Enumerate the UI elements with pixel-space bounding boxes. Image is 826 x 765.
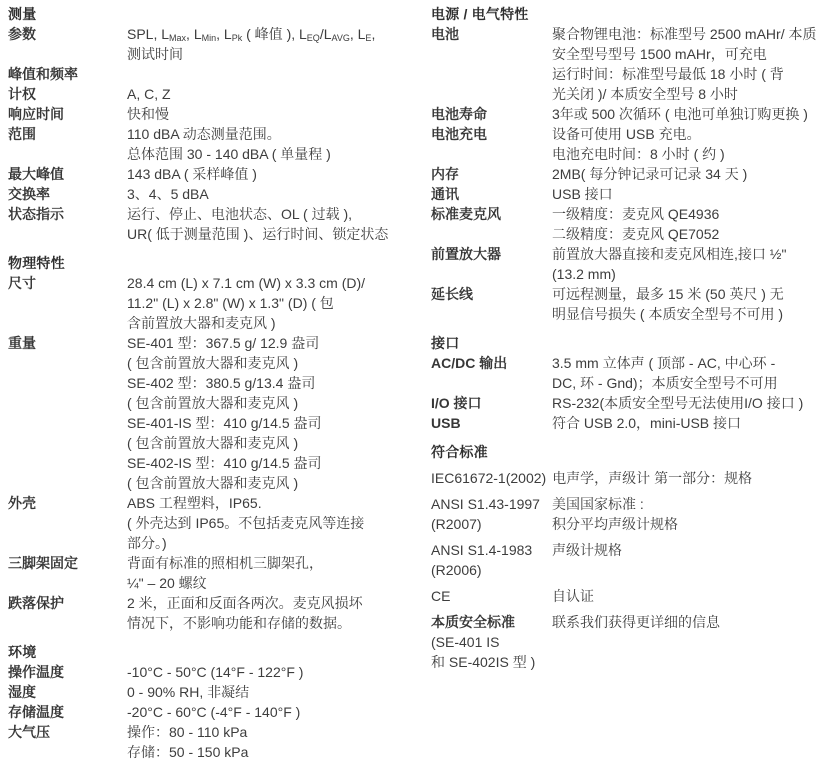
- spec-section: 接口AC/DC 输出3.5 mm 立体声 ( 顶部 - AC, 中心环 -DC,…: [431, 333, 823, 433]
- subscript: AVG: [332, 33, 350, 43]
- label-line: 峰值和频率: [8, 64, 121, 84]
- row-label: 电池寿命: [431, 104, 552, 124]
- row-label: 内存: [431, 164, 552, 184]
- value-line: 光关闭 )/ 本质安全型号 8 小时: [552, 84, 823, 104]
- label-line: 操作温度: [8, 662, 121, 682]
- spec-row: 内存2MB( 每分钟记录可记录 34 天 ): [431, 164, 823, 184]
- row-value: 自认证: [552, 586, 823, 606]
- value-line: 二级精度：麦克风 QE7052: [552, 224, 823, 244]
- subscript: E: [365, 33, 371, 43]
- row-value: 前置放大器直接和麦克风相连,接口 ½"(13.2 mm): [552, 244, 823, 284]
- row-label: 延长线: [431, 284, 552, 304]
- row-label: I/O 接口: [431, 393, 552, 413]
- value-line: 联系我们获得更详细的信息: [552, 612, 823, 632]
- spec-row: 前置放大器前置放大器直接和麦克风相连,接口 ½"(13.2 mm): [431, 244, 823, 284]
- spec-row: 参数SPL, LMax, LMin, LPk ( 峰值 ), LEQ/LAVG,…: [8, 24, 423, 64]
- label-line: 大气压: [8, 722, 121, 742]
- section-title: 接口: [431, 333, 823, 353]
- row-value: -20°C - 60°C (-4°F - 140°F ): [127, 702, 423, 722]
- spec-row: 响应时间快和慢: [8, 104, 423, 124]
- row-label: 大气压: [8, 722, 127, 742]
- value-line: A, C, Z: [127, 84, 423, 104]
- spec-row: IEC61672-1(2002)电声学，声级计 第一部分：规格: [431, 468, 823, 488]
- value-line: 3、4、5 dBA: [127, 184, 423, 204]
- value-line: 符合 USB 2.0，mini-USB 接口: [552, 413, 823, 433]
- spec-row: USB符合 USB 2.0，mini-USB 接口: [431, 413, 823, 433]
- value-line: 运行时间：标准型号最低 18 小时 ( 背: [552, 64, 823, 84]
- row-value: 28.4 cm (L) x 7.1 cm (W) x 3.3 cm (D)/11…: [127, 273, 423, 333]
- label-line: (R2007): [431, 514, 546, 534]
- spec-row: 计权A, C, Z: [8, 84, 423, 104]
- row-value: 设备可使用 USB 充电。电池充电时间：8 小时 ( 约 ): [552, 124, 823, 164]
- label-line: 通讯: [431, 184, 546, 204]
- label-line: 标准麦克风: [431, 204, 546, 224]
- label-line: CE: [431, 586, 546, 606]
- value-line: ( 包含前置放大器和麦克风 ): [127, 433, 423, 453]
- row-value: 操作：80 - 110 kPa存储：50 - 150 kPa: [127, 722, 423, 762]
- label-line: 最大峰值: [8, 164, 121, 184]
- value-line: SPL, LMax, LMin, LPk ( 峰值 ), LEQ/LAVG, L…: [127, 24, 423, 44]
- label-line: (R2006): [431, 560, 546, 580]
- value-line: 143 dBA ( 采样峰值 ): [127, 164, 423, 184]
- row-label: 前置放大器: [431, 244, 552, 264]
- row-label: 外壳: [8, 493, 127, 513]
- value-line: ABS 工程塑料，IP65.: [127, 493, 423, 513]
- row-value: RS-232(本质安全型号无法使用I/O 接口 ): [552, 393, 823, 413]
- value-line: -10°C - 50°C (14°F - 122°F ): [127, 662, 423, 682]
- row-value: SPL, LMax, LMin, LPk ( 峰值 ), LEQ/LAVG, L…: [127, 24, 423, 64]
- value-line: 设备可使用 USB 充电。: [552, 124, 823, 144]
- spec-section: 符合标准IEC61672-1(2002)电声学，声级计 第一部分：规格ANSI …: [431, 442, 823, 672]
- row-value: 110 dBA 动态测量范围。总体范围 30 - 140 dBA ( 单量程 ): [127, 124, 423, 164]
- value-line: 自认证: [552, 586, 823, 606]
- value-line: 测试时间: [127, 44, 423, 64]
- row-label: 重量: [8, 333, 127, 353]
- row-value: USB 接口: [552, 184, 823, 204]
- value-line: 2 米，正面和反面各两次。麦克风损坏: [127, 593, 423, 613]
- value-line: 一级精度：麦克风 QE4936: [552, 204, 823, 224]
- spec-row: AC/DC 输出3.5 mm 立体声 ( 顶部 - AC, 中心环 -DC, 环…: [431, 353, 823, 393]
- value-line: 前置放大器直接和麦克风相连,接口 ½": [552, 244, 823, 264]
- value-line: (13.2 mm): [552, 264, 823, 284]
- spec-row: ANSI S1.4-1983(R2006)声级计规格: [431, 540, 823, 580]
- row-label: 通讯: [431, 184, 552, 204]
- spec-section: 测量参数SPL, LMax, LMin, LPk ( 峰值 ), LEQ/LAV…: [8, 4, 423, 244]
- value-line: ( 包含前置放大器和麦克风 ): [127, 353, 423, 373]
- row-value: 运行、停止、电池状态、OL ( 过载 ),UR( 低于测量范围 )、运行时间、锁…: [127, 204, 423, 244]
- row-label: 状态指示: [8, 204, 127, 224]
- value-line: 背面有标准的照相机三脚架孔，: [127, 553, 423, 573]
- row-value: 背面有标准的照相机三脚架孔，¼" – 20 螺纹: [127, 553, 423, 593]
- row-label: 湿度: [8, 682, 127, 702]
- value-line: 11.2" (L) x 2.8" (W) x 1.3" (D) ( 包: [127, 293, 423, 313]
- row-label: IEC61672-1(2002): [431, 468, 552, 488]
- row-value: 3年或 500 次循环 ( 电池可单独订购更换 ): [552, 104, 823, 124]
- row-label: 最大峰值: [8, 164, 127, 184]
- value-line: ¼" – 20 螺纹: [127, 573, 423, 593]
- row-value: 143 dBA ( 采样峰值 ): [127, 164, 423, 184]
- label-line: 交换率: [8, 184, 121, 204]
- value-line: SE-401-IS 型：410 g/14.5 盎司: [127, 413, 423, 433]
- label-line: 参数: [8, 24, 121, 44]
- row-label: 计权: [8, 84, 127, 104]
- value-line: ( 外壳达到 IP65。不包括麦克风等连接: [127, 513, 423, 533]
- row-label: 范围: [8, 124, 127, 144]
- label-line: 本质安全标准: [431, 612, 546, 632]
- value-line: 电池充电时间：8 小时 ( 约 ): [552, 144, 823, 164]
- row-label: ANSI S1.4-1983(R2006): [431, 540, 552, 580]
- spec-row: 电池聚合物锂电池：标准型号 2500 mAHr/ 本质安全型号型号 1500 m…: [431, 24, 823, 104]
- row-value: 2MB( 每分钟记录可记录 34 天 ): [552, 164, 823, 184]
- value-line: 部分。): [127, 533, 423, 553]
- row-label: 电池: [431, 24, 552, 44]
- value-line: 明显信号损失 ( 本质安全型号不可用 ): [552, 304, 823, 324]
- label-line: 跌落保护: [8, 593, 121, 613]
- label-line: 响应时间: [8, 104, 121, 124]
- value-line: SE-401 型：367.5 g/ 12.9 盎司: [127, 333, 423, 353]
- subscript: EQ: [307, 33, 320, 43]
- label-line: ANSI S1.4-1983: [431, 540, 546, 560]
- row-label: 存储温度: [8, 702, 127, 722]
- label-line: I/O 接口: [431, 393, 546, 413]
- spec-row: 湿度0 - 90% RH, 非凝结: [8, 682, 423, 702]
- spec-row: 存储温度-20°C - 60°C (-4°F - 140°F ): [8, 702, 423, 722]
- label-line: 电池寿命: [431, 104, 546, 124]
- spec-row: 峰值和频率: [8, 64, 423, 84]
- label-line: 内存: [431, 164, 546, 184]
- spec-section: 物理特性尺寸28.4 cm (L) x 7.1 cm (W) x 3.3 cm …: [8, 253, 423, 633]
- label-line: 范围: [8, 124, 121, 144]
- spec-row: 延长线可远程测量，最多 15 米 (50 英尺 ) 无明显信号损失 ( 本质安全…: [431, 284, 823, 324]
- value-line: 3年或 500 次循环 ( 电池可单独订购更换 ): [552, 104, 823, 124]
- spec-row: 电池寿命3年或 500 次循环 ( 电池可单独订购更换 ): [431, 104, 823, 124]
- row-label: USB: [431, 413, 552, 433]
- value-line: -20°C - 60°C (-4°F - 140°F ): [127, 702, 423, 722]
- label-line: 尺寸: [8, 273, 121, 293]
- row-label: 本质安全标准(SE-401 IS和 SE-402IS 型 ): [431, 612, 552, 672]
- subscript: Min: [202, 33, 217, 43]
- row-value: 电声学，声级计 第一部分：规格: [552, 468, 823, 488]
- spec-row: 重量SE-401 型：367.5 g/ 12.9 盎司( 包含前置放大器和麦克风…: [8, 333, 423, 493]
- value-line: RS-232(本质安全型号无法使用I/O 接口 ): [552, 393, 823, 413]
- label-line: (SE-401 IS: [431, 632, 546, 652]
- value-line: SE-402-IS 型：410 g/14.5 盎司: [127, 453, 423, 473]
- value-line: USB 接口: [552, 184, 823, 204]
- row-value: 符合 USB 2.0，mini-USB 接口: [552, 413, 823, 433]
- spec-row: 状态指示运行、停止、电池状态、OL ( 过载 ),UR( 低于测量范围 )、运行…: [8, 204, 423, 244]
- row-label: 标准麦克风: [431, 204, 552, 224]
- section-title: 电源 / 电气特性: [431, 4, 823, 24]
- label-line: 存储温度: [8, 702, 121, 722]
- value-line: 安全型号型号 1500 mAHr，可充电: [552, 44, 823, 64]
- spec-section: 电源 / 电气特性电池聚合物锂电池：标准型号 2500 mAHr/ 本质安全型号…: [431, 4, 823, 324]
- value-line: 快和慢: [127, 104, 423, 124]
- spec-row: ANSI S1.43-1997(R2007)美国国家标准 :积分平均声级计规格: [431, 494, 823, 534]
- value-line: 电声学，声级计 第一部分：规格: [552, 468, 823, 488]
- row-value: 2 米，正面和反面各两次。麦克风损坏情况下，不影响功能和存储的数据。: [127, 593, 423, 633]
- row-value: A, C, Z: [127, 84, 423, 104]
- value-line: 含前置放大器和麦克风 ): [127, 313, 423, 333]
- label-line: 前置放大器: [431, 244, 546, 264]
- spec-row: 大气压操作：80 - 110 kPa存储：50 - 150 kPa: [8, 722, 423, 762]
- value-line: 情况下，不影响功能和存储的数据。: [127, 613, 423, 633]
- value-line: UR( 低于测量范围 )、运行时间、锁定状态: [127, 224, 423, 244]
- row-value: 0 - 90% RH, 非凝结: [127, 682, 423, 702]
- section-title: 测量: [8, 4, 423, 24]
- row-label: AC/DC 输出: [431, 353, 552, 373]
- value-line: 存储：50 - 150 kPa: [127, 742, 423, 762]
- section-title: 符合标准: [431, 442, 823, 462]
- row-label: ANSI S1.43-1997(R2007): [431, 494, 552, 534]
- value-line: 美国国家标准 :: [552, 494, 823, 514]
- spec-row: 范围110 dBA 动态测量范围。总体范围 30 - 140 dBA ( 单量程…: [8, 124, 423, 164]
- label-line: 重量: [8, 333, 121, 353]
- spec-row: 交换率3、4、5 dBA: [8, 184, 423, 204]
- label-line: 湿度: [8, 682, 121, 702]
- row-value: -10°C - 50°C (14°F - 122°F ): [127, 662, 423, 682]
- label-line: 状态指示: [8, 204, 121, 224]
- spec-row: I/O 接口RS-232(本质安全型号无法使用I/O 接口 ): [431, 393, 823, 413]
- row-value: 快和慢: [127, 104, 423, 124]
- row-label: 响应时间: [8, 104, 127, 124]
- row-value: 联系我们获得更详细的信息: [552, 612, 823, 632]
- spec-row: CE自认证: [431, 586, 823, 606]
- row-value: 声级计规格: [552, 540, 823, 560]
- label-line: ANSI S1.43-1997: [431, 494, 546, 514]
- value-line: ( 包含前置放大器和麦克风 ): [127, 393, 423, 413]
- value-line: 2MB( 每分钟记录可记录 34 天 ): [552, 164, 823, 184]
- spec-row: 标准麦克风一级精度：麦克风 QE4936二级精度：麦克风 QE7052: [431, 204, 823, 244]
- row-value: 3、4、5 dBA: [127, 184, 423, 204]
- row-label: CE: [431, 586, 552, 606]
- value-line: 110 dBA 动态测量范围。: [127, 124, 423, 144]
- value-line: 可远程测量，最多 15 米 (50 英尺 ) 无: [552, 284, 823, 304]
- value-line: 操作：80 - 110 kPa: [127, 722, 423, 742]
- label-line: 延长线: [431, 284, 546, 304]
- value-line: DC, 环 - Gnd)；本质安全型号不可用: [552, 373, 823, 393]
- value-line: 聚合物锂电池：标准型号 2500 mAHr/ 本质: [552, 24, 823, 44]
- spec-row: 尺寸28.4 cm (L) x 7.1 cm (W) x 3.3 cm (D)/…: [8, 273, 423, 333]
- row-label: 交换率: [8, 184, 127, 204]
- spec-row: 外壳ABS 工程塑料，IP65.( 外壳达到 IP65。不包括麦克风等连接部分。…: [8, 493, 423, 553]
- row-value: ABS 工程塑料，IP65.( 外壳达到 IP65。不包括麦克风等连接部分。): [127, 493, 423, 553]
- row-label: 尺寸: [8, 273, 127, 293]
- spec-row: 电池充电设备可使用 USB 充电。电池充电时间：8 小时 ( 约 ): [431, 124, 823, 164]
- row-value: 美国国家标准 :积分平均声级计规格: [552, 494, 823, 534]
- value-line: 运行、停止、电池状态、OL ( 过载 ),: [127, 204, 423, 224]
- subscript: Max: [169, 33, 186, 43]
- row-label: 电池充电: [431, 124, 552, 144]
- row-value: 一级精度：麦克风 QE4936二级精度：麦克风 QE7052: [552, 204, 823, 244]
- row-value: 3.5 mm 立体声 ( 顶部 - AC, 中心环 -DC, 环 - Gnd)；…: [552, 353, 823, 393]
- value-line: SE-402 型：380.5 g/13.4 盎司: [127, 373, 423, 393]
- spec-row: 三脚架固定背面有标准的照相机三脚架孔，¼" – 20 螺纹: [8, 553, 423, 593]
- value-line: ( 包含前置放大器和麦克风 ): [127, 473, 423, 493]
- section-title: 物理特性: [8, 253, 423, 273]
- label-line: 计权: [8, 84, 121, 104]
- spec-row: 本质安全标准(SE-401 IS和 SE-402IS 型 )联系我们获得更详细的…: [431, 612, 823, 672]
- value-line: 3.5 mm 立体声 ( 顶部 - AC, 中心环 -: [552, 353, 823, 373]
- value-line: 声级计规格: [552, 540, 823, 560]
- value-line: 积分平均声级计规格: [552, 514, 823, 534]
- label-line: 电池充电: [431, 124, 546, 144]
- row-value: 可远程测量，最多 15 米 (50 英尺 ) 无明显信号损失 ( 本质安全型号不…: [552, 284, 823, 324]
- row-value: 聚合物锂电池：标准型号 2500 mAHr/ 本质安全型号型号 1500 mAH…: [552, 24, 823, 104]
- spec-column-right: 电源 / 电气特性电池聚合物锂电池：标准型号 2500 mAHr/ 本质安全型号…: [431, 4, 823, 672]
- label-line: AC/DC 输出: [431, 353, 546, 373]
- row-label: 三脚架固定: [8, 553, 127, 573]
- spec-row: 通讯USB 接口: [431, 184, 823, 204]
- spec-row: 操作温度-10°C - 50°C (14°F - 122°F ): [8, 662, 423, 682]
- spec-section: 环境操作温度-10°C - 50°C (14°F - 122°F )湿度0 - …: [8, 642, 423, 762]
- label-line: 三脚架固定: [8, 553, 121, 573]
- value-line: 0 - 90% RH, 非凝结: [127, 682, 423, 702]
- section-title: 环境: [8, 642, 423, 662]
- spec-row: 最大峰值143 dBA ( 采样峰值 ): [8, 164, 423, 184]
- label-line: USB: [431, 413, 546, 433]
- value-line: 总体范围 30 - 140 dBA ( 单量程 ): [127, 144, 423, 164]
- label-line: 和 SE-402IS 型 ): [431, 652, 546, 672]
- subscript: Pk: [232, 33, 243, 43]
- row-label: 峰值和频率: [8, 64, 127, 84]
- label-line: IEC61672-1(2002): [431, 468, 546, 488]
- row-value: SE-401 型：367.5 g/ 12.9 盎司( 包含前置放大器和麦克风 )…: [127, 333, 423, 493]
- row-label: 参数: [8, 24, 127, 44]
- row-label: 跌落保护: [8, 593, 127, 613]
- label-line: 电池: [431, 24, 546, 44]
- spec-row: 跌落保护2 米，正面和反面各两次。麦克风损坏情况下，不影响功能和存储的数据。: [8, 593, 423, 633]
- spec-column-left: 测量参数SPL, LMax, LMin, LPk ( 峰值 ), LEQ/LAV…: [8, 4, 423, 762]
- value-line: 28.4 cm (L) x 7.1 cm (W) x 3.3 cm (D)/: [127, 273, 423, 293]
- row-label: 操作温度: [8, 662, 127, 682]
- label-line: 外壳: [8, 493, 121, 513]
